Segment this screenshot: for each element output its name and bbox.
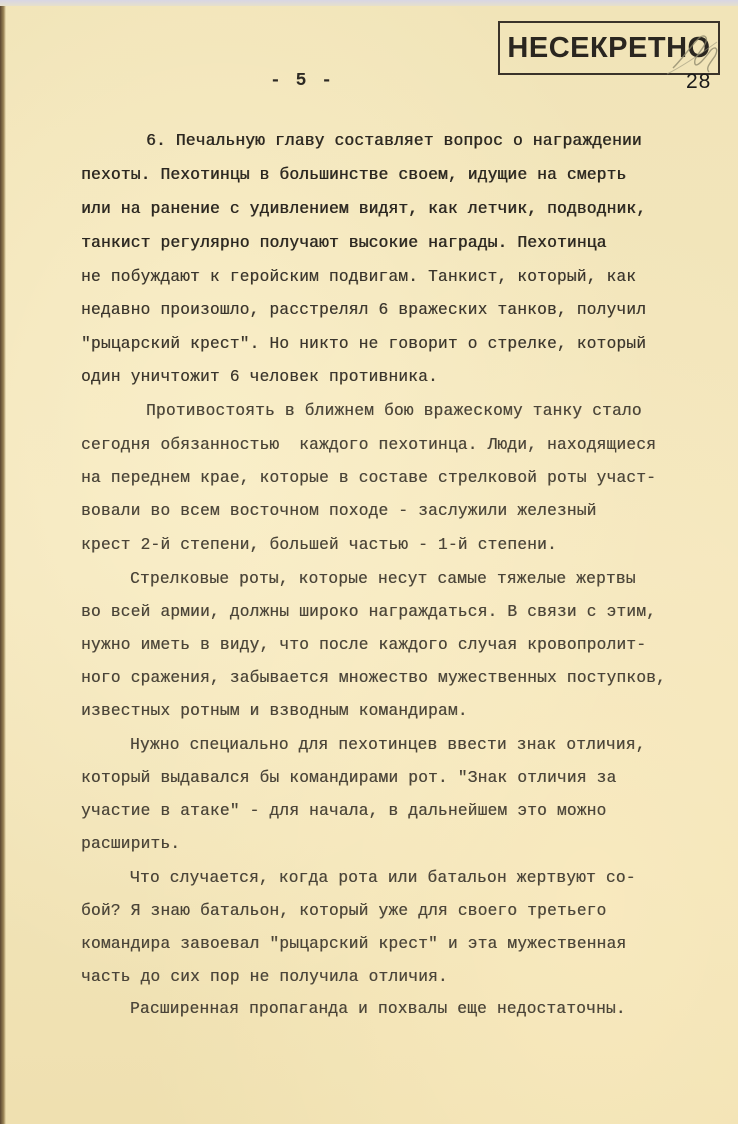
document-page: НЕСЕКРЕТНО 28 - 5 - 6. Печальную главу с…: [0, 0, 738, 1124]
text-line: нужно иметь в виду, что после каждого сл…: [81, 636, 646, 654]
text-line: Противостоять в ближнем бою вражескому т…: [146, 402, 642, 420]
text-line: Нужно специально для пехотинцев ввести з…: [130, 736, 646, 754]
text-line: крест 2-й степени, большей частью - 1-й …: [81, 536, 557, 554]
text-line: вовали во всем восточном походе - заслуж…: [81, 502, 597, 520]
scan-left-edge: [0, 6, 6, 1124]
classification-stamp: НЕСЕКРЕТНО: [498, 21, 720, 75]
page-number: - 5 -: [270, 71, 334, 91]
text-line: бой? Я знаю батальон, который уже для св…: [81, 902, 606, 920]
scan-top-edge: [0, 0, 738, 6]
text-line: участие в атаке" - для начала, в дальней…: [81, 802, 606, 820]
text-line: Расширенная пропаганда и похвалы еще нед…: [130, 1000, 626, 1018]
text-line: часть до сих пор не получила отличия.: [81, 968, 448, 986]
archive-sheet-number: 28: [686, 70, 711, 94]
classification-stamp-text: НЕСЕКРЕТНО: [507, 32, 710, 65]
text-line: или на ранение с удивлением видят, как л…: [81, 200, 646, 218]
text-line: на переднем крае, которые в составе стре…: [81, 469, 656, 487]
text-line: командира завоевал "рыцарский крест" и э…: [81, 935, 626, 953]
text-line: расширить.: [81, 835, 180, 853]
text-line: во всей армии, должны широко награждатьс…: [81, 603, 656, 621]
text-line: ного сражения, забывается множество муже…: [81, 669, 666, 687]
text-line: Что случается, когда рота или батальон ж…: [130, 869, 636, 887]
text-line: не побуждают к геройским подвигам. Танки…: [81, 268, 636, 286]
text-line: известных ротным и взводным командирам.: [81, 702, 468, 720]
text-line: 6. Печальную главу составляет вопрос о н…: [146, 132, 642, 150]
text-line: Стрелковые роты, которые несут самые тяж…: [130, 570, 636, 588]
text-line: пехоты. Пехотинцы в большинстве своем, и…: [81, 166, 626, 184]
text-line: недавно произошло, расстрелял 6 вражески…: [81, 301, 646, 319]
text-line: один уничтожит 6 человек противника.: [81, 368, 438, 386]
text-line: сегодня обязанностью каждого пехотинца. …: [81, 436, 656, 454]
text-line: "рыцарский крест". Но никто не говорит о…: [81, 335, 646, 353]
text-line: который выдавался бы командирами рот. "З…: [81, 769, 616, 787]
text-line: танкист регулярно получают высокие награ…: [81, 234, 606, 252]
